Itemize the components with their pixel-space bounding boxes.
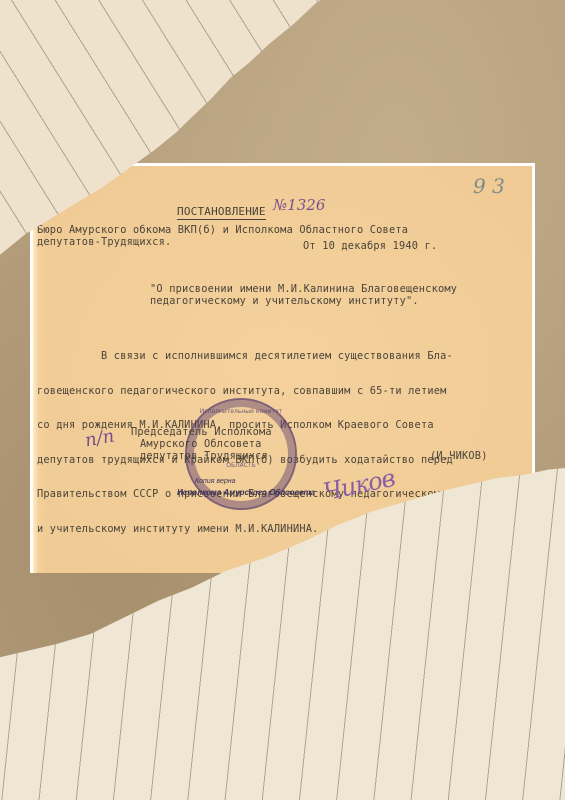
certification-stamp: Исполкома Амурского Облсовета (177, 488, 315, 497)
archive-page-number: 9 3 (473, 174, 505, 198)
body-line: В связи с исполнившимся десятилетием сущ… (37, 351, 453, 363)
signatory-title-line-2: Амурского Облсовета (140, 438, 262, 450)
document-date: От 10 декабря 1940 г. (303, 240, 437, 252)
signatory-name: (И.ЧИКОВ) (430, 450, 488, 462)
signatory-title-line-3: депутатов Трудящихся (140, 450, 268, 462)
seal-text-center: ОБЛАСТЬ (187, 462, 295, 469)
org-line-1: Бюро Амурского обкома ВКП(б) и Исполкома… (37, 224, 408, 236)
subject-line-1: "О присвоении имени М.И.Калинина Благове… (150, 283, 457, 295)
certification-stamp-small: Копия верна (195, 478, 235, 485)
document-number-handwritten: №1326 (273, 196, 325, 214)
org-line-2: депутатов-Трудящихся. (37, 236, 171, 248)
seal-text-top: Исполнительный комитет (187, 408, 295, 415)
body-line: говещенского педагогического института, … (37, 386, 453, 398)
document-title: ПОСТАНОВЛЕНИЕ (177, 206, 266, 220)
signatory-title-line-1: Председатель Исполкома (131, 426, 272, 438)
subject-line-2: педагогическому и учительскому институту… (150, 295, 419, 307)
